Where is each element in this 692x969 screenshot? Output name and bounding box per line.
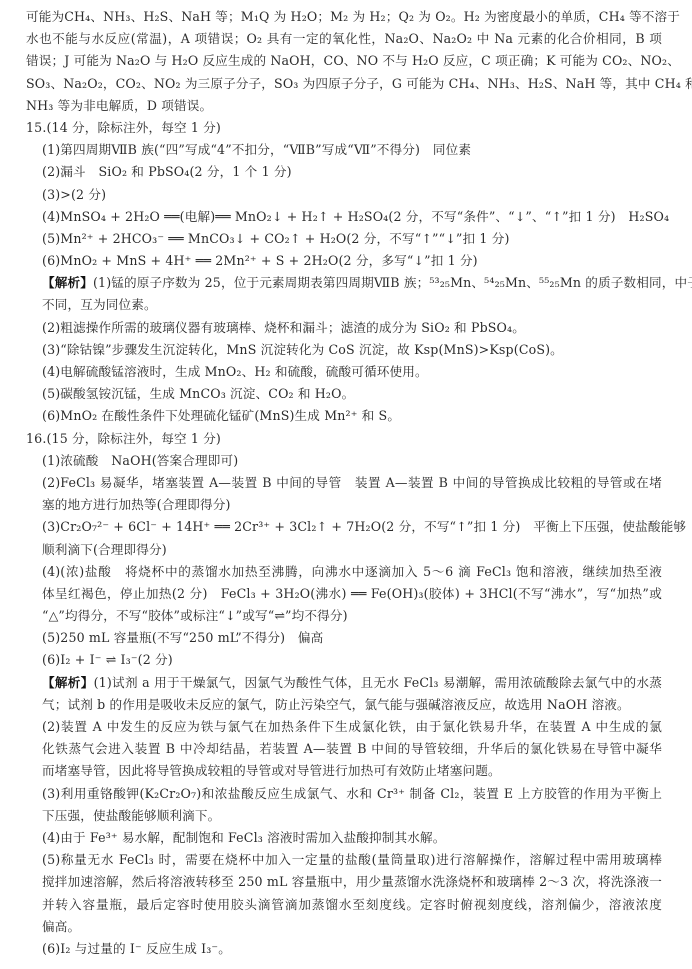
analysis-line: (3)利用重铬酸钾(K₂Cr₂O₇)和浓盐酸反应生成氯气、水和 Cr³⁺ 制备 …: [26, 783, 662, 805]
answer-line: 体呈红褐色，停止加热(2 分) FeCl₃ + 3H₂O(沸水) ══ Fe(O…: [26, 583, 662, 605]
answer-line: 塞的地方进行加热等(合理即得分): [26, 494, 662, 516]
question-header: 15.(14 分，除标注外，每空 1 分): [26, 117, 662, 139]
analysis-line: (2)粗滤操作所需的玻璃仪器有玻璃棒、烧杯和漏斗；滤渣的成分为 SiO₂ 和 P…: [26, 317, 662, 339]
analysis-line: (2)装置 A 中发生的反应为铁与氯气在加热条件下生成氯化铁，由于氯化铁易升华，…: [26, 716, 662, 738]
analysis-text: (1)锰的原子序数为 25，位于元素周期表第四周期ⅦB 族；⁵³₂₅Mn、⁵⁴₂…: [93, 275, 692, 290]
answer-key-page: 可能为CH₄、NH₃、H₂S、NaH 等；M₁Q 为 H₂O；M₂ 为 H₂；Q…: [0, 0, 692, 969]
text-line: 水也不能与水反应(常温)，A 项错误；O₂ 具有一定的氧化性，Na₂O、Na₂O…: [26, 28, 662, 50]
text-line: 错误；J 可能为 Na₂O 与 H₂O 反应生成的 NaOH，CO、NO 不与 …: [26, 50, 662, 72]
analysis-line: 并转入容量瓶，最后定容时使用胶头滴管滴加蒸馏水至刻度线。定容时俯视刻度线，溶剂偏…: [26, 894, 662, 916]
analysis-line: (3)“除钴镍”步骤发生沉淀转化，MnS 沉淀转化为 CoS 沉淀，故 Ksp(…: [26, 339, 662, 361]
analysis-tag: 【解析】: [42, 675, 94, 690]
answer-line: (5)250 mL 容量瓶(不写“250 mL”不得分) 偏高: [26, 627, 662, 649]
intro-paragraph: 可能为CH₄、NH₃、H₂S、NaH 等；M₁Q 为 H₂O；M₂ 为 H₂；Q…: [26, 6, 662, 117]
analysis-line: 不同，互为同位素。: [26, 294, 662, 316]
analysis-line: (6)I₂ 与过量的 I⁻ 反应生成 I₃⁻。: [26, 938, 662, 960]
analysis-line: (4)电解硫酸锰溶液时，生成 MnO₂、H₂ 和硫酸，硫酸可循环使用。: [26, 361, 662, 383]
answer-line: (3)Cr₂O₇²⁻ + 6Cl⁻ + 14H⁺ ══ 2Cr³⁺ + 3Cl₂…: [26, 516, 662, 538]
question-16: 16.(15 分，除标注外，每空 1 分) (1)浓硫酸 NaOH(答案合理即可…: [26, 428, 662, 961]
analysis-text: (1)试剂 a 用于干燥氯气，因氯气为酸性气体，且无水 FeCl₃ 易潮解，需用…: [94, 675, 662, 690]
analysis-line: 【解析】(1)试剂 a 用于干燥氯气，因氯气为酸性气体，且无水 FeCl₃ 易潮…: [26, 672, 662, 694]
answer-line: (1)浓硫酸 NaOH(答案合理即可): [26, 450, 662, 472]
analysis-line: (4)由于 Fe³⁺ 易水解，配制饱和 FeCl₃ 溶液时需加入盐酸抑制其水解。: [26, 827, 662, 849]
analysis-line: 偏高。: [26, 916, 662, 938]
analysis-line: 【解析】(1)锰的原子序数为 25，位于元素周期表第四周期ⅦB 族；⁵³₂₅Mn…: [26, 272, 662, 294]
analysis-line: (6)MnO₂ 在酸性条件下处理硫化锰矿(MnS)生成 Mn²⁺ 和 S。: [26, 405, 662, 427]
answer-line: (4)(浓)盐酸 将烧杯中的蒸馏水加热至沸腾，向沸水中逐滴加入 5～6 滴 Fe…: [26, 561, 662, 583]
answer-line: (2)漏斗 SiO₂ 和 PbSO₄(2 分，1 个 1 分): [26, 161, 662, 183]
question-15: 15.(14 分，除标注外，每空 1 分) (1)第四周期ⅦB 族(“四”写成“…: [26, 117, 662, 428]
text-line: NH₃ 等为非电解质，D 项错误。: [26, 95, 662, 117]
answer-line: (5)Mn²⁺ + 2HCO₃⁻ ══ MnCO₃↓ + CO₂↑ + H₂O(…: [26, 228, 662, 250]
analysis-line: (5)称量无水 FeCl₃ 时，需要在烧杯中加入一定量的盐酸(量筒量取)进行溶解…: [26, 849, 662, 871]
answer-line: (6)I₂ + I⁻ ⇌ I₃⁻(2 分): [26, 649, 662, 671]
analysis-line: 搅拌加速溶解，然后将溶液转移至 250 mL 容量瓶中，用少量蒸馏水洗涤烧杯和玻…: [26, 871, 662, 893]
analysis-line: 气；试剂 b 的作用是吸收未反应的氯气，防止污染空气，氯气能与强碱溶液反应，故选…: [26, 694, 662, 716]
analysis-line: 而堵塞导管，因此将导管换成较粗的导管或对导管进行加热可有效防止堵塞问题。: [26, 760, 662, 782]
answer-line: “△”均得分，不写“胶体”或标注“↓”或写“⇌”均不得分): [26, 605, 662, 627]
answer-line: (2)FeCl₃ 易凝华，堵塞装置 A—装置 B 中间的导管 装置 A—装置 B…: [26, 472, 662, 494]
analysis-line: (5)碳酸氢铵沉锰，生成 MnCO₃ 沉淀、CO₂ 和 H₂O。: [26, 383, 662, 405]
question-header: 16.(15 分，除标注外，每空 1 分): [26, 428, 662, 450]
analysis-line: 化铁蒸气会进入装置 B 中冷却结晶，若装置 A—装置 B 中间的导管较细，升华后…: [26, 738, 662, 760]
text-line: SO₃、Na₂O₂，CO₂、NO₂ 为三原子分子，SO₃ 为四原子分子，G 可能…: [26, 73, 662, 95]
answer-line: (6)MnO₂ + MnS + 4H⁺ ══ 2Mn²⁺ + S + 2H₂O(…: [26, 250, 662, 272]
analysis-tag: 【解析】: [42, 275, 93, 290]
answer-line: 顺利滴下(合理即得分): [26, 539, 662, 561]
analysis-line: 下压强，使盐酸能够顺利滴下。: [26, 805, 662, 827]
answer-line: (1)第四周期ⅦB 族(“四”写成“4”不扣分，“ⅦB”写成“Ⅶ”不得分) 同位…: [26, 139, 662, 161]
answer-line: (3)>(2 分): [26, 184, 662, 206]
text-line: 可能为CH₄、NH₃、H₂S、NaH 等；M₁Q 为 H₂O；M₂ 为 H₂；Q…: [26, 6, 662, 28]
answer-line: (4)MnSO₄ + 2H₂O ══(电解)══ MnO₂↓ + H₂↑ + H…: [26, 206, 662, 228]
